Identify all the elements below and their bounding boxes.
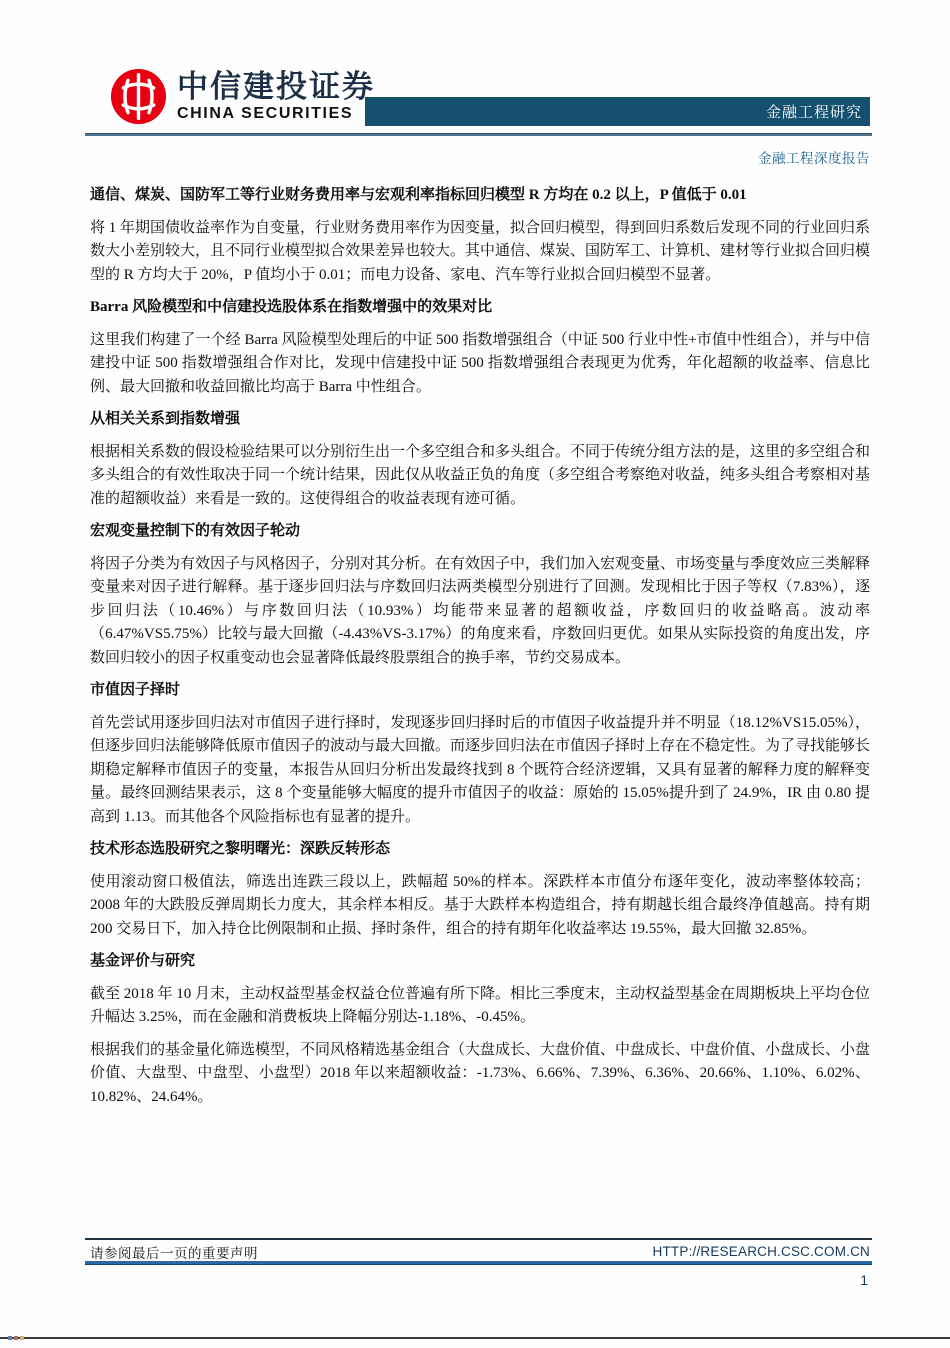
edge-pixel bbox=[8, 1336, 12, 1340]
section: Barra 风险模型和中信建投选股体系在指数增强中的效果对比 这里我们构建了一个… bbox=[90, 296, 870, 399]
section-paragraph: 根据相关系数的假设检验结果可以分别衍生出一个多空组合和多头组合。不同于传统分组方… bbox=[90, 441, 870, 512]
section-paragraph: 使用滚动窗口极值法，筛选出连跌三段以上，跌幅超 50%的样本。深跌样本市值分布逐… bbox=[90, 871, 870, 942]
footer-top-divider bbox=[85, 1238, 872, 1240]
footer-research-url: HTTP://RESEARCH.CSC.COM.CN bbox=[653, 1244, 870, 1259]
section-paragraph: 根据我们的基金量化筛选模型，不同风格精选基金组合（大盘成长、大盘价值、中盘成长、… bbox=[90, 1039, 870, 1110]
company-logo: 中信建投证券 CHINA SECURITIES bbox=[110, 68, 375, 125]
edge-pixel bbox=[14, 1336, 18, 1340]
report-abstract-content: 通信、煤炭、国防军工等行业财务费用率与宏观利率指标回归模型 R 方均在 0.2 … bbox=[90, 184, 870, 1118]
header-divider bbox=[85, 133, 872, 136]
section-heading: 市值因子择时 bbox=[90, 679, 870, 703]
section: 通信、煤炭、国防军工等行业财务费用率与宏观利率指标回归模型 R 方均在 0.2 … bbox=[90, 184, 870, 287]
report-type-label: 金融工程深度报告 bbox=[758, 147, 870, 167]
section-paragraph: 将因子分类为有效因子与风格因子，分别对其分析。在有效因子中，我们加入宏观变量、市… bbox=[90, 553, 870, 671]
edge-pixel bbox=[20, 1336, 24, 1340]
brand-name-en: CHINA SECURITIES bbox=[177, 106, 375, 122]
section: 从相关关系到指数增强 根据相关系数的假设检验结果可以分别衍生出一个多空组合和多头… bbox=[90, 408, 870, 511]
section-heading: 宏观变量控制下的有效因子轮动 bbox=[90, 520, 870, 544]
section-paragraph: 首先尝试用逐步回归法对市值因子进行择时，发现逐步回归择时后的市值因子收益提升并不… bbox=[90, 712, 870, 830]
section-heading: 技术形态选股研究之黎明曙光：深跌反转形态 bbox=[90, 838, 870, 862]
section: 宏观变量控制下的有效因子轮动 将因子分类为有效因子与风格因子，分别对其分析。在有… bbox=[90, 520, 870, 670]
section: 市值因子择时 首先尝试用逐步回归法对市值因子进行择时，发现逐步回归择时后的市值因… bbox=[90, 679, 870, 829]
report-page: 中信建投证券 CHINA SECURITIES 金融工程研究 金融工程深度报告 … bbox=[0, 0, 950, 1348]
section: 基金评价与研究 截至 2018 年 10 月末，主动权益型基金权益仓位普遍有所下… bbox=[90, 950, 870, 1109]
footer-bottom-divider bbox=[85, 1261, 872, 1265]
brand-text: 中信建投证券 CHINA SECURITIES bbox=[177, 71, 375, 122]
section-heading: Barra 风险模型和中信建投选股体系在指数增强中的效果对比 bbox=[90, 296, 870, 320]
department-banner: 金融工程研究 bbox=[365, 97, 870, 126]
window-bottom-edge bbox=[0, 1337, 950, 1339]
footer-disclaimer: 请参阅最后一页的重要声明 bbox=[90, 1242, 258, 1262]
section-paragraph: 将 1 年期国债收益率作为自变量，行业财务费用率作为因变量，拟合回归模型，得到回… bbox=[90, 217, 870, 288]
section-paragraph: 截至 2018 年 10 月末，主动权益型基金权益仓位普遍有所下降。相比三季度末… bbox=[90, 983, 870, 1030]
section-heading: 基金评价与研究 bbox=[90, 950, 870, 974]
section-heading: 通信、煤炭、国防军工等行业财务费用率与宏观利率指标回归模型 R 方均在 0.2 … bbox=[90, 184, 870, 208]
section: 技术形态选股研究之黎明曙光：深跌反转形态 使用滚动窗口极值法，筛选出连跌三段以上… bbox=[90, 838, 870, 941]
footer-bar: 请参阅最后一页的重要声明 HTTP://RESEARCH.CSC.COM.CN bbox=[90, 1242, 870, 1261]
window-edge-pixels bbox=[8, 1336, 24, 1340]
department-banner-label: 金融工程研究 bbox=[766, 101, 862, 122]
citic-logo-icon bbox=[110, 68, 167, 125]
section-paragraph: 这里我们构建了一个经 Barra 风险模型处理后的中证 500 指数增强组合（中… bbox=[90, 329, 870, 400]
brand-name-cn: 中信建投证券 bbox=[177, 71, 375, 102]
page-number: 1 bbox=[860, 1272, 868, 1288]
section-heading: 从相关关系到指数增强 bbox=[90, 408, 870, 432]
